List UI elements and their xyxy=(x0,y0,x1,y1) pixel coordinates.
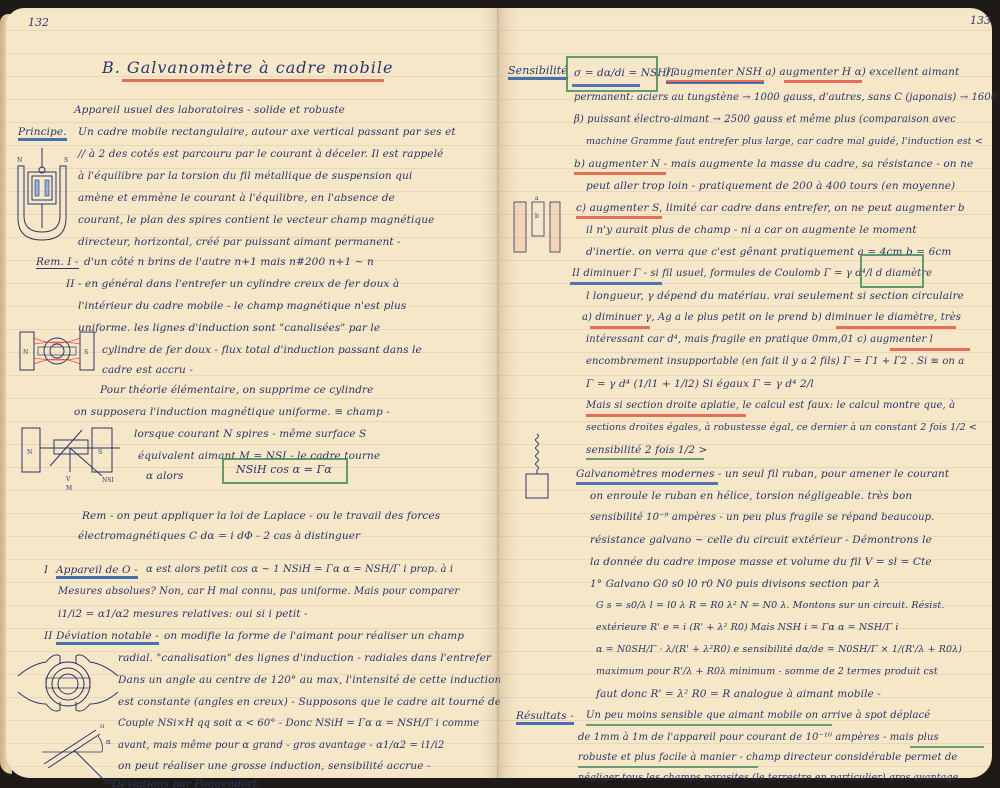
text-line: Γ = γ d⁴ (1/l1 + 1/l2) Si égaux Γ = γ d⁴… xyxy=(586,378,814,390)
text-line: β) puissant électro-aimant → 2500 gauss … xyxy=(574,114,956,125)
text-line: extérieure R' e = i (R' + λ² R0) Mais NS… xyxy=(596,622,899,633)
margin-label-principe: Principe. xyxy=(18,126,67,141)
svg-text:N: N xyxy=(27,449,32,456)
frame-dimensions-diagram: a b xyxy=(512,194,562,256)
green-underline xyxy=(910,746,984,748)
text-line: on supposera l'induction magnétique unif… xyxy=(74,406,390,418)
text-line: avant, mais même pour α grand - gros ava… xyxy=(118,740,444,751)
page-title-text: B. Galvanomètre à cadre mobile xyxy=(102,58,393,77)
text-line: sensibilité 2 fois 1/2 > xyxy=(586,444,707,456)
title-red-underline xyxy=(122,79,384,82)
text-line: sensibilité 10⁻⁹ ampères - un peu plus f… xyxy=(590,512,934,523)
text-line: Un cadre mobile rectangulaire, autour ax… xyxy=(78,126,456,138)
text-line: la donnée du cadre impose masse et volum… xyxy=(590,556,932,568)
u-magnet-diagram: N S xyxy=(14,148,74,248)
text-line: 1° Galvano G0 s0 l0 r0 N0 puis divisons … xyxy=(590,578,880,590)
red-underline xyxy=(576,216,662,219)
text-line: l longueur, γ dépend du matériau. vrai s… xyxy=(586,290,964,302)
green-underline xyxy=(578,766,758,768)
page-title: B. Galvanomètre à cadre mobile xyxy=(102,58,393,77)
radial-pole-diagram xyxy=(16,648,120,714)
blue-underline xyxy=(666,82,764,84)
text-line: II - en général dans l'entrefer un cylin… xyxy=(66,278,399,290)
text-line: Couple NSi×H qq soit α < 60° - Donc NSiH… xyxy=(118,718,479,729)
intro-line: Appareil usuel des laboratoires - solide… xyxy=(74,104,345,116)
green-underline xyxy=(586,458,704,460)
text-line: G s = s0/λ l = l0 λ R = R0 λ² N = N0 λ. … xyxy=(596,600,944,611)
text-line: on peut réaliser une grosse induction, s… xyxy=(118,760,431,772)
radial-field-diagram: N S xyxy=(18,330,98,374)
text-line: // à 2 des cotés est parcouru par le cou… xyxy=(78,148,443,160)
h-label: H xyxy=(100,724,105,730)
section-number: I xyxy=(44,564,48,576)
text-line: faut donc R' = λ² R0 = R analogue à aima… xyxy=(596,688,881,700)
text-line: c) augmenter S, limité car cadre dans en… xyxy=(576,202,965,214)
text-line: robuste et plus facile à manier - champ … xyxy=(578,752,957,763)
text-line: maximum pour R'/λ + R0λ minimum - somme … xyxy=(596,666,938,677)
notebook-spread: 132 B. Galvanomètre à cadre mobile Appar… xyxy=(0,0,1000,788)
text-line: l'intérieur du cadre mobile - le champ m… xyxy=(78,300,406,312)
text-line: Un peu moins sensible que aimant mobile … xyxy=(586,710,930,721)
text-line: négliger tous les champs parasites (le t… xyxy=(578,772,958,783)
magnet-n-label: N xyxy=(23,349,28,356)
page-number: 132 xyxy=(28,16,49,29)
text-line: radial. "canalisation" des lignes d'indu… xyxy=(118,652,491,664)
green-underline xyxy=(586,724,832,726)
svg-text:M: M xyxy=(66,485,72,492)
red-underline xyxy=(590,326,650,329)
text-line: intéressant car d⁴, mais fragile en prat… xyxy=(586,334,933,345)
red-underline xyxy=(890,348,970,351)
blue-underline xyxy=(576,482,718,485)
text-line: électromagnétiques C dα = i dΦ - 2 cas à… xyxy=(78,530,360,542)
text-line: peut aller trop loin - pratiquement de 2… xyxy=(586,180,955,192)
text-line: α alors xyxy=(146,470,183,482)
right-page: 133 Sensibilité σ = dα/di = NSH/Γ I augm… xyxy=(500,8,992,778)
text-line: sections droites égales, à robustesse ég… xyxy=(586,422,977,433)
text-line: encombrement insupportable (en fait il y… xyxy=(586,356,964,367)
svg-text:S: S xyxy=(64,157,68,164)
text-line: Galvanomètres modernes - un seul fil rub… xyxy=(576,468,949,480)
dim-b-label: b xyxy=(535,213,539,220)
text-line: résistance galvano ~ celle du circuit ex… xyxy=(590,534,932,546)
text-line: Dans un angle au centre de 120° au max, … xyxy=(118,674,501,686)
svg-text:S: S xyxy=(84,349,88,356)
red-underline xyxy=(836,326,956,329)
text-line: lorsque courant N spires - même surface … xyxy=(134,428,366,440)
text-line: machine Gramme faut entrefer plus large,… xyxy=(586,136,983,147)
sensibilite-formula: σ = dα/di = NSH/Γ xyxy=(574,67,678,79)
svg-text:S: S xyxy=(98,449,102,456)
text-line: Pour théorie élémentaire, on supprime ce… xyxy=(100,384,373,396)
text-line: cylindre de fer doux - flux total d'indu… xyxy=(102,344,422,356)
alpha-label: α xyxy=(106,738,111,746)
text-line: d'un côté n brins de l'autre n+1 mais n#… xyxy=(84,256,374,268)
text-line: courant, le plan des spires contient le … xyxy=(78,214,434,226)
blue-underline xyxy=(570,282,662,285)
section-number: II xyxy=(44,630,53,642)
nsi-label: NSi xyxy=(104,779,115,786)
resultats-label: Résultats - xyxy=(516,710,574,725)
section-heading-appareil: Appareil de O - xyxy=(56,564,138,579)
text-line: il n'y aurait plus de champ - ni a car o… xyxy=(586,224,917,236)
red-underline xyxy=(586,414,746,417)
text-line: on enroule le ruban en hélice, torsion n… xyxy=(590,490,912,502)
text-line: i1/i2 = α1/α2 mesures relatives: oui si … xyxy=(58,608,308,620)
text-line: α = N0SH/Γ · λ/(R' + λ²R0) e sensibilité… xyxy=(596,644,962,655)
text-line: directeur, horizontal, créé par puissant… xyxy=(78,236,401,248)
angle-vector-diagram: α H NSi xyxy=(34,722,114,782)
text-line: uniforme. les lignes d'induction sont "c… xyxy=(78,322,380,334)
svg-text:V: V xyxy=(65,476,71,483)
dim-a-label: a xyxy=(535,195,539,202)
margin-label-rem: Rem. I - xyxy=(36,256,79,269)
couple-diagram: N S V M NSI xyxy=(20,426,130,498)
text-line: b) augmenter N - mais augmente la masse … xyxy=(574,158,973,170)
page-number: 133 xyxy=(970,14,991,27)
text-line: amène et emmène le courant à l'équilibre… xyxy=(78,192,395,204)
formula-text: NSiH cos α = Γα xyxy=(236,463,332,476)
text-line: Mais si section droite aplatie, le calcu… xyxy=(586,400,955,411)
text-line: Rem - on peut appliquer la loi de Laplac… xyxy=(82,510,440,522)
red-underline xyxy=(784,80,862,83)
text-line: α est alors petit cos α ~ 1 NSiH = Γα α … xyxy=(146,564,453,575)
text-line: de 1mm à 1m de l'appareil pour courant d… xyxy=(578,732,939,743)
ribbon-suspension-diagram xyxy=(522,432,552,502)
svg-text:N: N xyxy=(17,157,22,164)
text-line: à l'équilibre par la torsion du fil méta… xyxy=(78,170,412,182)
text-line: on modifie la forme de l'aimant pour réa… xyxy=(164,630,464,642)
text-line: est constante (angles en creux) - Suppos… xyxy=(118,696,501,708)
text-line: cadre est accru - xyxy=(102,364,193,376)
svg-text:NSI: NSI xyxy=(102,477,114,484)
formula-blue-underline xyxy=(572,84,640,87)
coulomb-formula-box xyxy=(860,254,924,288)
section-heading-deviation: Déviation notable - xyxy=(56,630,159,645)
text-line: a) diminuer γ, Ag a le plus petit on le … xyxy=(582,312,961,323)
formula-box: NSiH cos α = Γα xyxy=(222,458,348,484)
text-line: I augmenter NSH a) augmenter H α) excell… xyxy=(666,66,959,78)
red-underline xyxy=(574,172,666,175)
text-line: Déviations par Poggendorf. xyxy=(112,778,260,788)
text-line: permanent: aciers au tungstène → 1000 ga… xyxy=(574,92,997,103)
sensibilite-label: Sensibilité xyxy=(508,64,568,80)
left-page: 132 B. Galvanomètre à cadre mobile Appar… xyxy=(6,8,500,778)
text-line: Mesures absolues? Non, car H mal connu, … xyxy=(58,586,459,597)
